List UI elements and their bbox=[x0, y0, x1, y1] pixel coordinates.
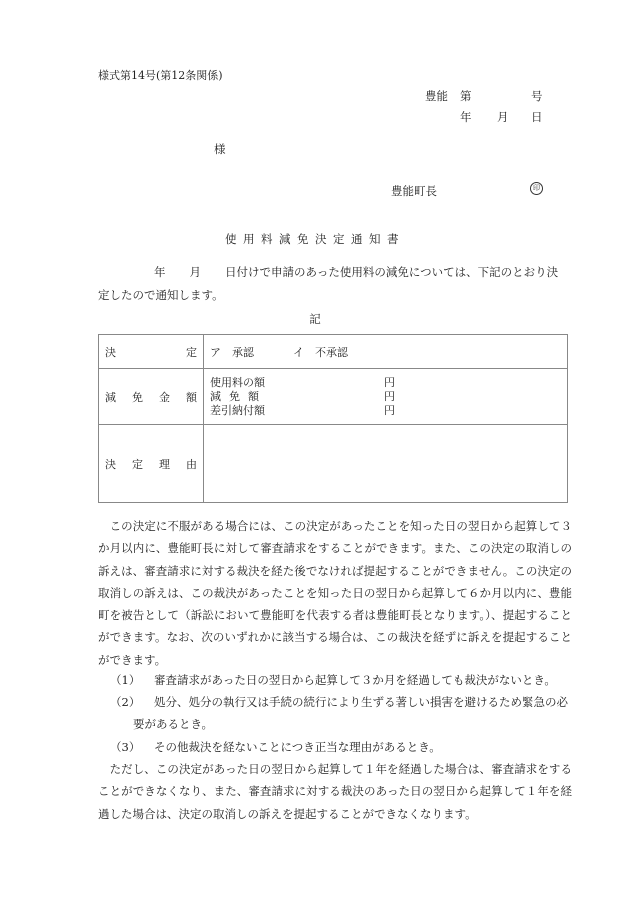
amount-name: 差引納付額 bbox=[210, 404, 370, 418]
exception-item-1: （1）審査請求があった日の翌日から起算して３か月を経過しても裁決がないとき。 bbox=[110, 669, 572, 691]
item-number: （1） bbox=[110, 669, 154, 691]
label-char: 免 bbox=[132, 389, 143, 405]
appeal-notice-text: この決定に不服がある場合には、この決定があったことを知った日の翌日から起算して３… bbox=[98, 515, 572, 671]
exception-item-3: （3）その他裁決を経ないことにつき正当な理由があるとき。 bbox=[110, 736, 572, 758]
amount-net-payment: 差引納付額 円 bbox=[210, 404, 561, 418]
decision-table: 決 定 ア 承認 イ 不承認 減 免 金 額 使用料の額 円 bbox=[98, 334, 568, 503]
option-reject[interactable]: イ 不承認 bbox=[293, 346, 348, 359]
decision-reason-label: 決 定 理 由 bbox=[99, 425, 204, 503]
item-text: 審査請求があった日の翌日から起算して３か月を経過しても裁決がないとき。 bbox=[154, 673, 556, 687]
appeal-notice-paragraph: この決定に不服がある場合には、この決定があったことを知った日の翌日から起算して３… bbox=[98, 515, 572, 671]
yen-unit: 円 bbox=[384, 390, 395, 404]
intro-line-2: 定したので通知します。 bbox=[98, 287, 224, 303]
issuer-name: 豊能町長 bbox=[391, 183, 437, 199]
document-title: 使用料減免決定通知書 bbox=[0, 231, 630, 247]
decision-options: ア 承認 イ 不承認 bbox=[204, 335, 568, 369]
item-text-continued: 要があるとき。 bbox=[110, 713, 572, 735]
exception-item-2: （2）処分、処分の執行又は手続の続行により生ずる著しい損害を避けるため緊急の必 … bbox=[110, 691, 572, 736]
amount-name-char: 免 bbox=[229, 390, 248, 404]
intro-text: 日付けで申請のあった使用料の減免については、下記のとおり決 bbox=[225, 265, 558, 279]
item-number: （2） bbox=[110, 691, 154, 713]
document-number-prefix: 豊能 bbox=[425, 88, 448, 104]
addressee-honorific: 様 bbox=[214, 141, 226, 157]
document-number-go: 号 bbox=[531, 88, 543, 104]
seal-icon: 印 bbox=[530, 182, 543, 195]
reduction-amount-label: 減 免 金 額 bbox=[99, 369, 204, 425]
label-char: 金 bbox=[159, 389, 170, 405]
label-char: 額 bbox=[186, 389, 197, 405]
label-char: 決 bbox=[105, 456, 116, 472]
option-approve[interactable]: ア 承認 bbox=[210, 346, 254, 359]
table-row-decision: 決 定 ア 承認 イ 不承認 bbox=[99, 335, 568, 369]
label-char: 理 bbox=[159, 456, 170, 472]
date-year-label: 年 bbox=[460, 109, 472, 125]
label-char: 由 bbox=[186, 456, 197, 472]
item-text: 処分、処分の執行又は手続の続行により生ずる著しい損害を避けるため緊急の必 bbox=[154, 695, 568, 709]
label-char: 定 bbox=[186, 344, 197, 360]
yen-unit: 円 bbox=[384, 404, 395, 418]
document-number-dai: 第 bbox=[460, 88, 472, 104]
form-number: 様式第14号(第12条関係) bbox=[98, 67, 223, 83]
yen-unit: 円 bbox=[384, 376, 395, 390]
decision-reason-field[interactable] bbox=[204, 425, 568, 503]
label-char: 減 bbox=[105, 389, 116, 405]
amount-name: 減免額 bbox=[210, 390, 370, 404]
closing-text: ただし、この決定があった日の翌日から起算して１年を経過した場合は、審査請求をする… bbox=[98, 758, 572, 825]
intro-month: 月 bbox=[190, 265, 202, 279]
label-char: 定 bbox=[132, 456, 143, 472]
closing-paragraph: ただし、この決定があった日の翌日から起算して１年を経過した場合は、審査請求をする… bbox=[98, 758, 572, 825]
decision-label: 決 定 bbox=[99, 335, 204, 369]
table-row-reduction-amount: 減 免 金 額 使用料の額 円 減免額 円 差引納付額 円 bbox=[99, 369, 568, 425]
item-number: （3） bbox=[110, 736, 154, 758]
amount-reduction: 減免額 円 bbox=[210, 390, 561, 404]
date-month-label: 月 bbox=[497, 109, 509, 125]
amount-usage-fee: 使用料の額 円 bbox=[210, 376, 561, 390]
label-char: 決 bbox=[105, 344, 116, 360]
table-row-decision-reason: 決 定 理 由 bbox=[99, 425, 568, 503]
amount-name-char: 額 bbox=[248, 390, 267, 404]
reduction-amounts: 使用料の額 円 減免額 円 差引納付額 円 bbox=[204, 369, 568, 425]
date-day-label: 日 bbox=[531, 109, 543, 125]
ki-heading: 記 bbox=[0, 311, 630, 327]
amount-name-char: 減 bbox=[210, 390, 229, 404]
intro-line-1: 年月日付けで申請のあった使用料の減免については、下記のとおり決 bbox=[98, 264, 558, 280]
intro-year: 年 bbox=[154, 265, 166, 279]
item-text: その他裁決を経ないことにつき正当な理由があるとき。 bbox=[154, 740, 441, 754]
amount-name: 使用料の額 bbox=[210, 376, 370, 390]
